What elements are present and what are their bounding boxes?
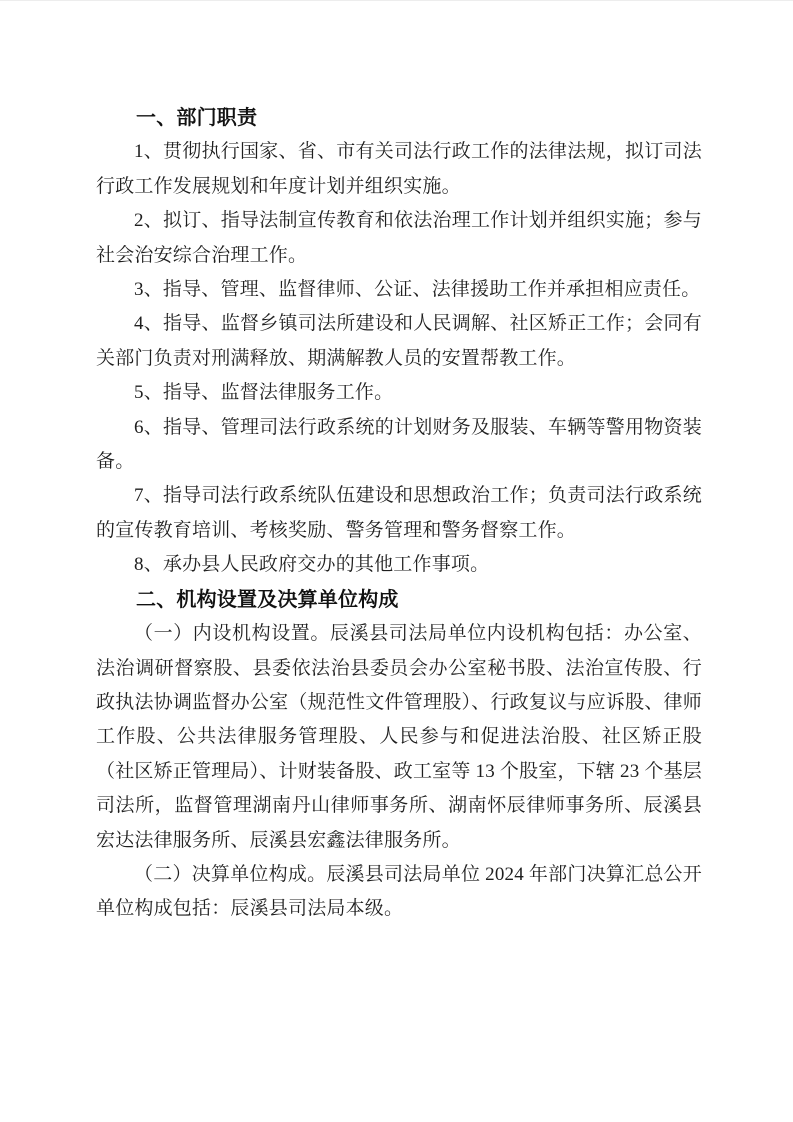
document-content: 一、部门职责 1、贯彻执行国家、省、市有关司法行政工作的法律法规，拟订司法行政工… [96, 101, 702, 927]
section-heading-responsibilities: 一、部门职责 [96, 101, 702, 135]
body-paragraph: 3、指导、管理、监督律师、公证、法律援助工作并承担相应责任。 [96, 273, 702, 307]
body-paragraph: （一）内设机构设置。辰溪县司法局单位内设机构包括：办公室、法治调研督察股、县委依… [96, 617, 702, 858]
body-paragraph: 4、指导、监督乡镇司法所建设和人民调解、社区矫正工作；会同有关部门负责对刑满释放… [96, 307, 702, 376]
body-paragraph: 8、承办县人民政府交办的其他工作事项。 [96, 548, 702, 582]
body-paragraph: 6、指导、管理司法行政系统的计划财务及服装、车辆等警用物资装备。 [96, 411, 702, 480]
body-paragraph: 7、指导司法行政系统队伍建设和思想政治工作；负责司法行政系统的宣传教育培训、考核… [96, 479, 702, 548]
document-page: 一、部门职责 1、贯彻执行国家、省、市有关司法行政工作的法律法规，拟订司法行政工… [0, 0, 793, 1122]
body-paragraph: （二）决算单位构成。辰溪县司法局单位 2024 年部门决算汇总公开单位构成包括：… [96, 858, 702, 927]
section-heading-organization: 二、机构设置及决算单位构成 [96, 583, 702, 617]
body-paragraph: 5、指导、监督法律服务工作。 [96, 376, 702, 410]
body-paragraph: 2、拟订、指导法制宣传教育和依法治理工作计划并组织实施；参与社会治安综合治理工作… [96, 204, 702, 273]
body-paragraph: 1、贯彻执行国家、省、市有关司法行政工作的法律法规，拟订司法行政工作发展规划和年… [96, 135, 702, 204]
